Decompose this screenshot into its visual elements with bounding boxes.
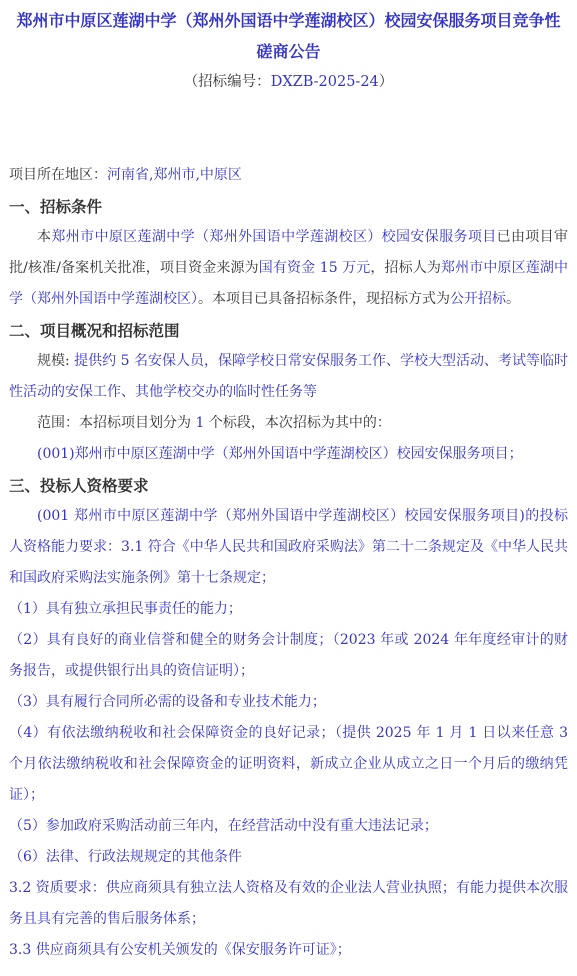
scale-line: 规模: 提供约 5 名安保人员，保障学校日常安保服务工作、学校大型活动、考试等临… <box>9 346 568 408</box>
qualification-intro: (001 郑州市中原区莲湖中学（郑州外国语中学莲湖校区）校园安保服务项目)的投标… <box>9 501 568 594</box>
section-heading-2: 二、项目概况和招标范围 <box>9 315 568 346</box>
text-segment: 规模: <box>37 353 74 369</box>
section-heading-1: 一、招标条件 <box>9 191 568 222</box>
requirement-item-5: （5）参加政府采购活动前三年内，在经营活动中没有重大违法记录； <box>9 811 568 842</box>
text-segment: （1）具有独立承担民事责任的能力； <box>9 601 242 617</box>
requirement-item-2: （2）具有良好的商业信誉和健全的财务会计制度；（2023 年或 2024 年年度… <box>9 625 568 687</box>
text-segment: 郑州市中原区莲湖中学（郑州外国语中学莲湖校区）校园安保服务项目竞争性磋商公告 <box>16 11 560 61</box>
text-segment: 项目所在地区： <box>9 167 107 183</box>
text-segment: 提供约 5 名安保人员，保障学校日常安保服务工作、学校大型活动、考试等临时性活动… <box>9 353 568 400</box>
text-segment: 。 <box>506 291 520 307</box>
text-segment: （5）参加政府采购活动前三年内，在经营活动中没有重大违法记录； <box>9 818 438 834</box>
text-segment: （招标编号： <box>184 74 271 90</box>
text-segment: （4）有依法缴纳税收和社会保障资金的良好记录；（提供 2025 年 1 月 1 … <box>9 725 568 803</box>
text-segment: 河南省,郑州市,中原区 <box>107 167 242 183</box>
text-segment: DXZB-2025-24 <box>271 74 379 90</box>
text-segment: 范围：本招标项目划分为 <box>37 415 195 431</box>
text-segment: 国有资金 15 万元 <box>259 260 371 276</box>
requirement-item-6: （6）法律、行政法规规定的其他条件 <box>9 842 568 873</box>
text-segment: （3）具有履行合同所必需的设备和专业技术能力； <box>9 694 326 710</box>
text-segment: 郑州市中原区莲湖中学（郑州外国语中学莲湖校区）校园安保服务项目 <box>51 229 496 245</box>
text-segment: 。本项目已具备招标条件，现招标方式为 <box>198 291 450 307</box>
requirement-3-2: 3.2 资质要求：供应商须具有独立法人资格及有效的企业法人营业执照；有能力提供本… <box>9 873 568 935</box>
section-heading-3: 三、投标人资格要求 <box>9 470 568 501</box>
page-title: 郑州市中原区莲湖中学（郑州外国语中学莲湖校区）校园安保服务项目竞争性磋商公告 <box>9 5 568 67</box>
text-segment: （2）具有良好的商业信誉和健全的财务会计制度；（2023 年或 2024 年年度… <box>9 632 568 679</box>
text-segment: ） <box>379 74 394 90</box>
text-segment: (001 郑州市中原区莲湖中学（郑州外国语中学莲湖校区）校园安保服务项目)的投标… <box>9 508 568 586</box>
requirement-3-3: 3.3 供应商须具有公安机关颁发的《保安服务许可证》； <box>9 935 568 966</box>
text-segment: 本 <box>37 229 51 245</box>
text-segment: 3.3 供应商须具有公安机关颁发的《保安服务许可证》； <box>9 942 351 958</box>
text-segment: 一、招标条件 <box>9 197 102 216</box>
text-segment: 个标段，本次招标为其中的： <box>204 415 390 431</box>
text-segment: 三、投标人资格要求 <box>9 476 149 495</box>
tender-number-line: （招标编号：DXZB-2025-24） <box>9 67 568 98</box>
text-segment: 公开招标 <box>450 291 506 307</box>
blank-space <box>9 98 568 160</box>
project-region-line: 项目所在地区：河南省,郑州市,中原区 <box>9 160 568 191</box>
scope-line: 范围：本招标项目划分为 1 个标段，本次招标为其中的： <box>9 408 568 439</box>
lot-line: (001)郑州市中原区莲湖中学（郑州外国语中学莲湖校区）校园安保服务项目； <box>9 439 568 470</box>
requirement-item-4: （4）有依法缴纳税收和社会保障资金的良好记录；（提供 2025 年 1 月 1 … <box>9 718 568 811</box>
requirement-item-3: （3）具有履行合同所必需的设备和专业技术能力； <box>9 687 568 718</box>
section-1-paragraph: 本郑州市中原区莲湖中学（郑州外国语中学莲湖校区）校园安保服务项目已由项目审批/核… <box>9 222 568 315</box>
text-segment: （6）法律、行政法规规定的其他条件 <box>9 849 242 865</box>
text-segment: 3.2 资质要求：供应商须具有独立法人资格及有效的企业法人营业执照；有能力提供本… <box>9 880 568 927</box>
text-segment: 二、项目概况和招标范围 <box>9 321 180 340</box>
requirement-item-1: （1）具有独立承担民事责任的能力； <box>9 594 568 625</box>
announcement-document: 郑州市中原区莲湖中学（郑州外国语中学莲湖校区）校园安保服务项目竞争性磋商公告（招… <box>0 0 577 976</box>
text-segment: ，招标人为 <box>370 260 441 276</box>
text-segment: (001)郑州市中原区莲湖中学（郑州外国语中学莲湖校区）校园安保服务项目； <box>37 446 523 462</box>
